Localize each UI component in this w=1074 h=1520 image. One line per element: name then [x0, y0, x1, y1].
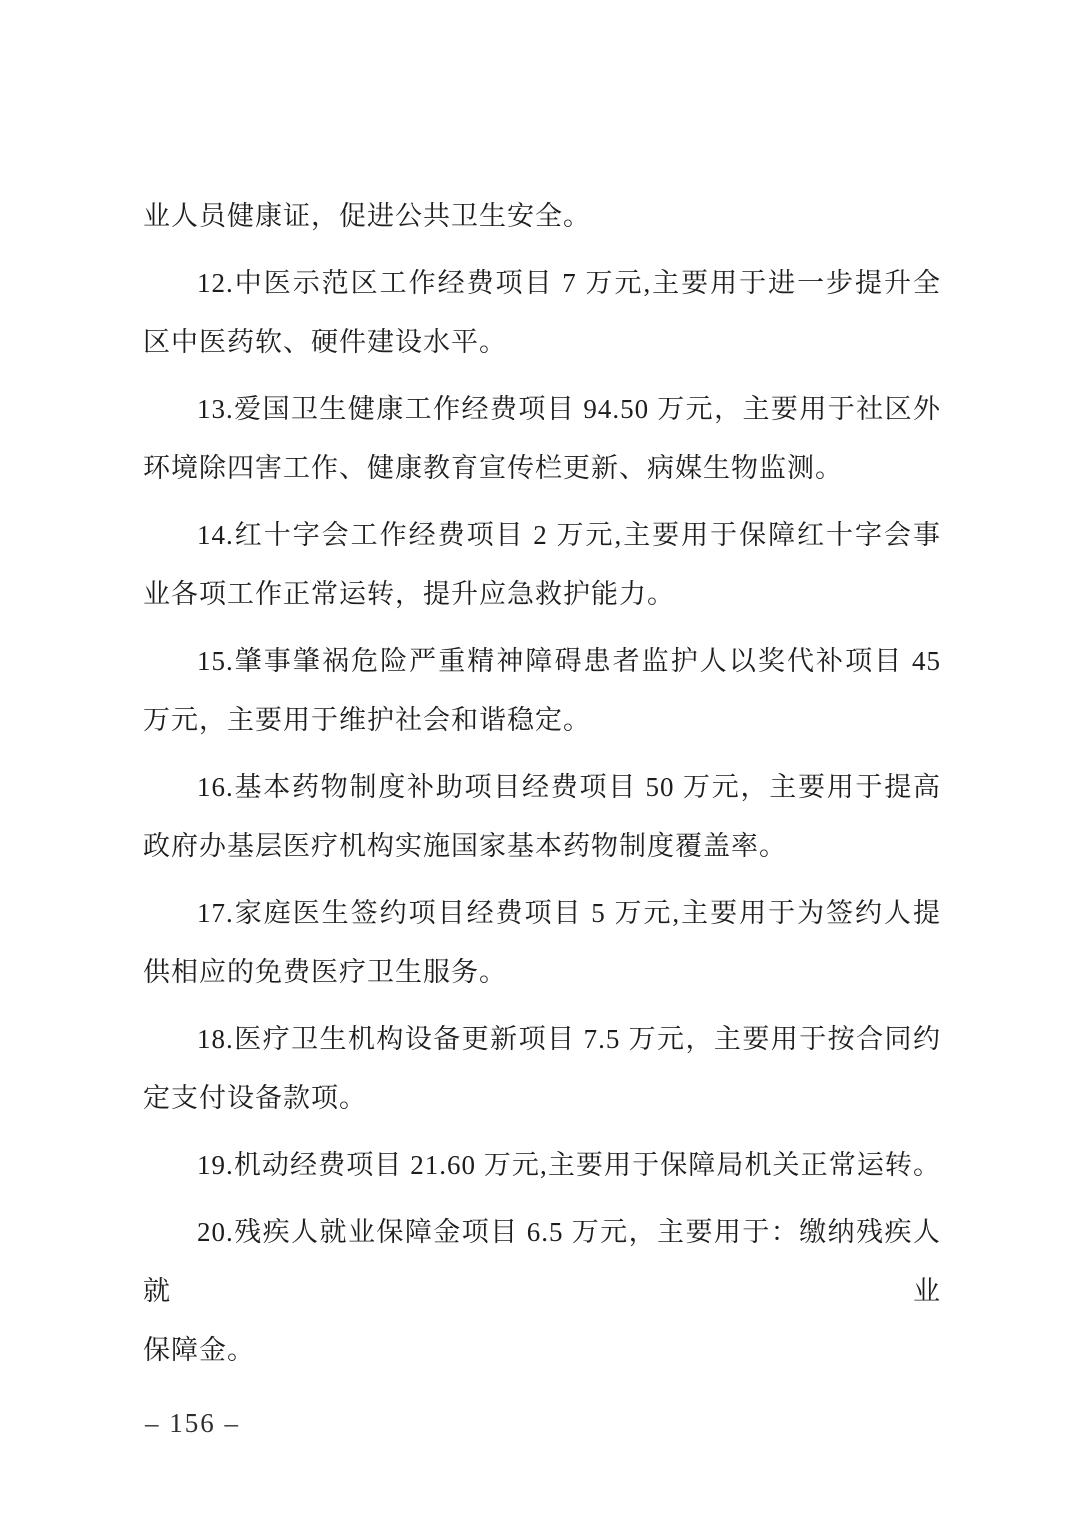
text-line: 定支付设备款项。 [143, 1069, 941, 1128]
paragraph: 16.基本药物制度补助项目经费项目 50 万元，主要用于提高政府办基层医疗机构实… [143, 758, 941, 876]
text-line: 保障金。 [143, 1321, 941, 1380]
paragraph: 12.中医示范区工作经费项目 7 万元,主要用于进一步提升全区中医药软、硬件建设… [143, 254, 941, 372]
paragraph: 13.爱国卫生健康工作经费项目 94.50 万元，主要用于社区外环境除四害工作、… [143, 380, 941, 498]
paragraph: 19.机动经费项目 21.60 万元,主要用于保障局机关正常运转。 [143, 1136, 941, 1195]
text-line: 20.残疾人就业保障金项目 6.5 万元，主要用于：缴纳残疾人就业 [143, 1203, 941, 1321]
text-line: 业人员健康证，促进公共卫生安全。 [143, 187, 941, 246]
paragraph: 15.肇事肇祸危险严重精神障碍患者监护人以奖代补项目 45万元，主要用于维护社会… [143, 632, 941, 750]
paragraph: 业人员健康证，促进公共卫生安全。 [143, 187, 941, 246]
text-line: 17.家庭医生签约项目经费项目 5 万元,主要用于为签约人提 [143, 884, 941, 943]
document-body: 业人员健康证，促进公共卫生安全。12.中医示范区工作经费项目 7 万元,主要用于… [143, 187, 941, 1388]
paragraph: 17.家庭医生签约项目经费项目 5 万元,主要用于为签约人提供相应的免费医疗卫生… [143, 884, 941, 1002]
text-line: 政府办基层医疗机构实施国家基本药物制度覆盖率。 [143, 817, 941, 876]
text-line: 万元，主要用于维护社会和谐稳定。 [143, 691, 941, 750]
text-line: 环境除四害工作、健康教育宣传栏更新、病媒生物监测。 [143, 439, 941, 498]
text-line: 12.中医示范区工作经费项目 7 万元,主要用于进一步提升全 [143, 254, 941, 313]
text-line: 16.基本药物制度补助项目经费项目 50 万元，主要用于提高 [143, 758, 941, 817]
text-line: 18.医疗卫生机构设备更新项目 7.5 万元，主要用于按合同约 [143, 1010, 941, 1069]
paragraph: 14.红十字会工作经费项目 2 万元,主要用于保障红十字会事业各项工作正常运转，… [143, 506, 941, 624]
page-number: – 156 – [145, 1408, 240, 1439]
document-page: 业人员健康证，促进公共卫生安全。12.中医示范区工作经费项目 7 万元,主要用于… [0, 0, 1074, 1520]
paragraph: 18.医疗卫生机构设备更新项目 7.5 万元，主要用于按合同约定支付设备款项。 [143, 1010, 941, 1128]
text-line: 供相应的免费医疗卫生服务。 [143, 943, 941, 1002]
text-line: 14.红十字会工作经费项目 2 万元,主要用于保障红十字会事 [143, 506, 941, 565]
text-line: 15.肇事肇祸危险严重精神障碍患者监护人以奖代补项目 45 [143, 632, 941, 691]
paragraph: 20.残疾人就业保障金项目 6.5 万元，主要用于：缴纳残疾人就业保障金。 [143, 1203, 941, 1380]
text-line: 区中医药软、硬件建设水平。 [143, 313, 941, 372]
text-line: 业各项工作正常运转，提升应急救护能力。 [143, 565, 941, 624]
text-line: 19.机动经费项目 21.60 万元,主要用于保障局机关正常运转。 [143, 1136, 941, 1195]
text-line: 13.爱国卫生健康工作经费项目 94.50 万元，主要用于社区外 [143, 380, 941, 439]
